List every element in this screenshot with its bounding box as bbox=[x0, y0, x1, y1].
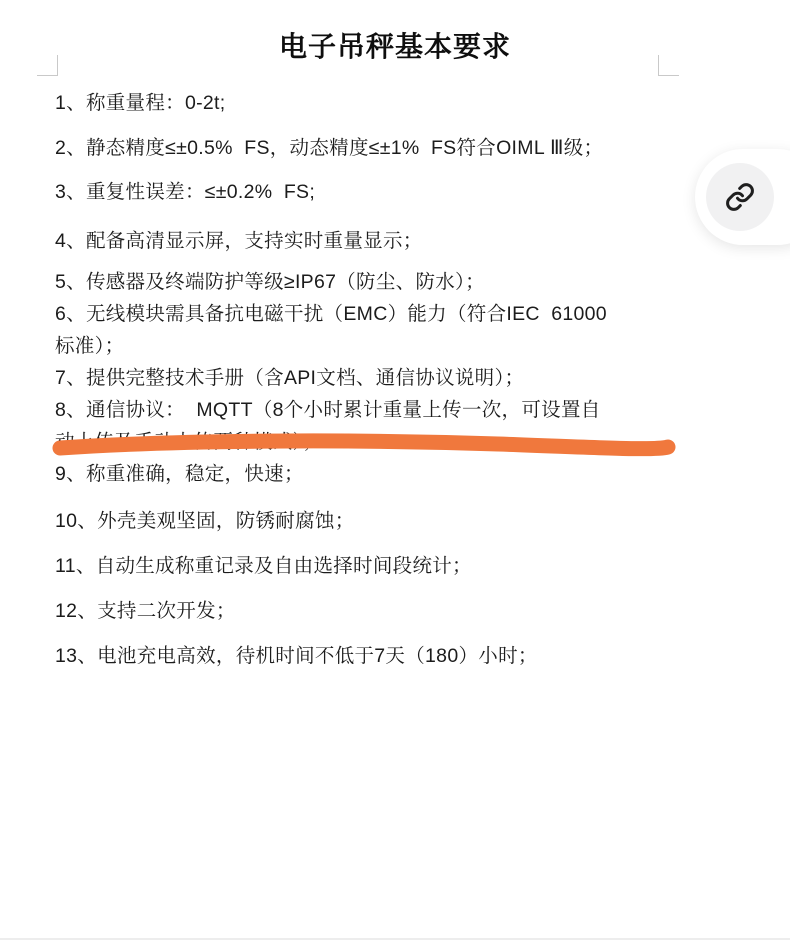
requirement-item-7: 7、提供完整技术手册（含API文档、通信协议说明）； bbox=[55, 362, 766, 394]
document-page: 电子吊秤基本要求 1、称重量程：0-2t; 2、静态精度≤±0.5% FS，动态… bbox=[0, 0, 790, 940]
link-button-circle bbox=[706, 163, 774, 231]
requirement-item-3: 3、重复性误差：≤±0.2% FS; bbox=[55, 176, 766, 208]
requirement-item-2: 2、静态精度≤±0.5% FS，动态精度≤±1% FS符合OIML Ⅲ级； bbox=[55, 132, 766, 164]
link-icon bbox=[725, 182, 755, 212]
requirement-item-11: 11、自动生成称重记录及自由选择时间段统计； bbox=[55, 550, 766, 582]
share-link-button[interactable] bbox=[695, 149, 790, 245]
requirement-item-9: 9、称重准确，稳定，快速； bbox=[55, 458, 766, 490]
requirement-item-4: 4、配备高清显示屏，支持实时重量显示； bbox=[55, 225, 766, 257]
requirement-item-6: 6、无线模块需具备抗电磁干扰（EMC）能力（符合IEC 61000 标准）； bbox=[55, 298, 766, 362]
page-margin-mark-top-right bbox=[658, 55, 679, 76]
page-margin-mark-top-left bbox=[37, 55, 58, 76]
requirement-item-13: 13、电池充电高效，待机时间不低于7天（180）小时； bbox=[55, 640, 766, 672]
requirement-item-10: 10、外壳美观坚固，防锈耐腐蚀； bbox=[55, 505, 766, 537]
requirements-list: 1、称重量程：0-2t; 2、静态精度≤±0.5% FS，动态精度≤±1% FS… bbox=[0, 87, 790, 672]
requirement-item-5: 5、传感器及终端防护等级≥IP67（防尘、防水）； bbox=[55, 266, 766, 298]
requirement-item-8: 8、通信协议： MQTT（8个小时累计重量上传一次，可设置自 动上传及手动上传两… bbox=[55, 394, 766, 458]
requirement-item-12: 12、支持二次开发； bbox=[55, 595, 766, 627]
requirement-item-1: 1、称重量程：0-2t; bbox=[55, 87, 766, 119]
